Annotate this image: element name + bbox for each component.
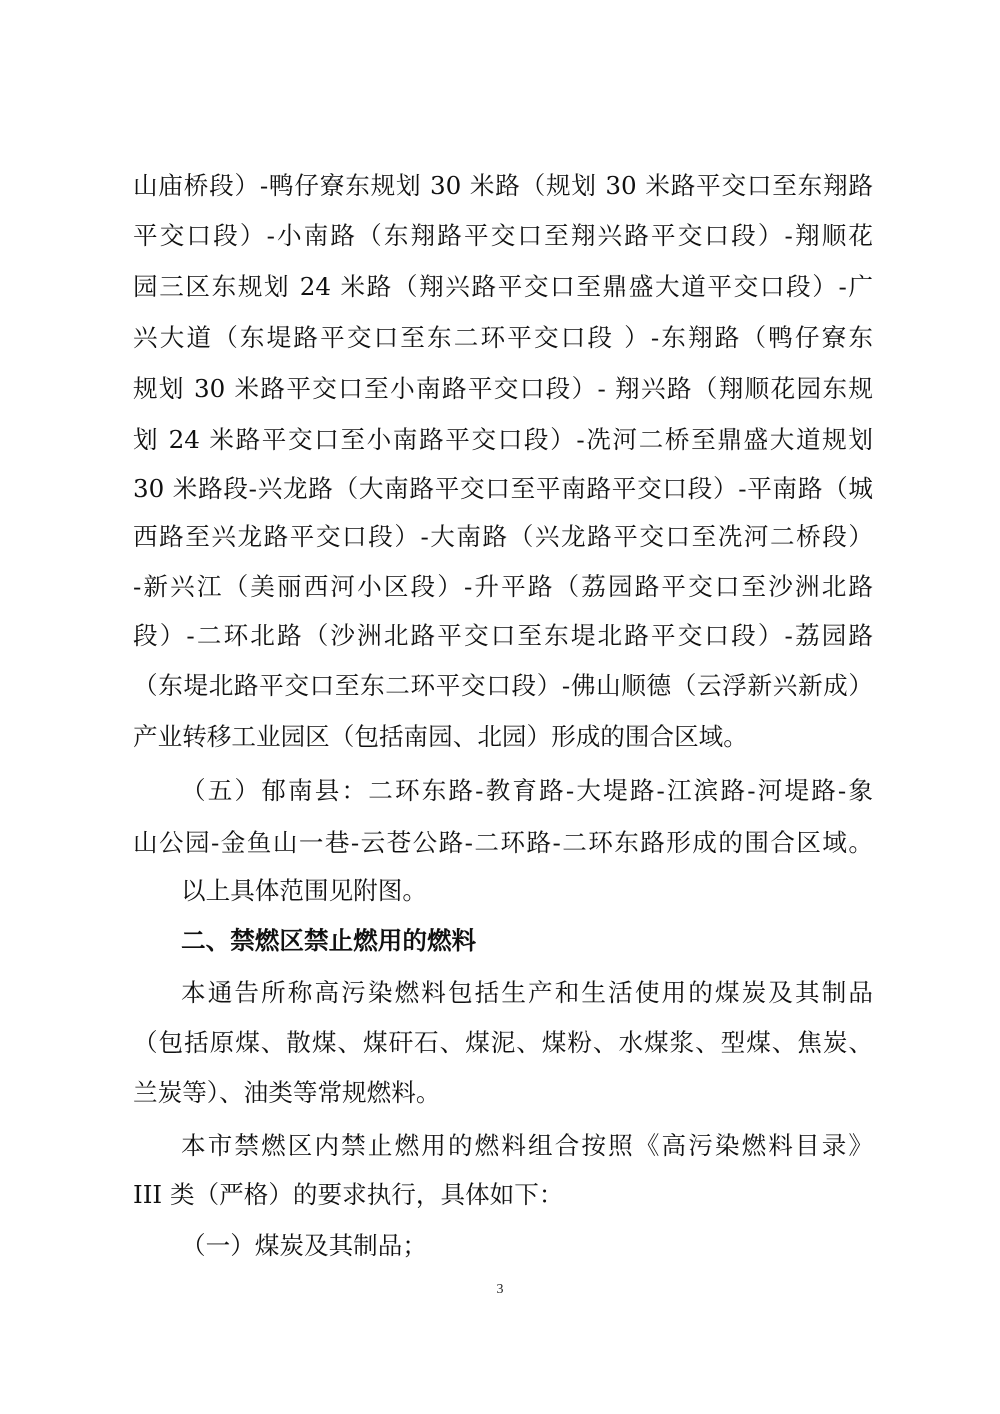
- body-line: 段）-二环北路（沙洲北路平交口至东堤北路平交口段）-荔园路: [133, 616, 873, 656]
- body-line: 平交口段）-小南路（东翔路平交口至翔兴路平交口段）-翔顺花: [133, 216, 873, 256]
- list-item-coal: （一）煤炭及其制品；: [181, 1226, 873, 1266]
- section-heading: 二、禁燃区禁止燃用的燃料: [181, 921, 873, 961]
- fuel-catalog-paragraph: 本市禁燃区内禁止燃用的燃料组合按照《高污染燃料目录》: [181, 1126, 873, 1166]
- body-line: 西路至兴龙路平交口段）-大南路（兴龙路平交口至冼河二桥段）: [133, 517, 873, 557]
- body-line: （东堤北路平交口至东二环平交口段）-佛山顺德（云浮新兴新成）: [133, 666, 873, 706]
- yunan-county-paragraph: （五）郁南县：二环东路-教育路-大堤路-江滨路-河堤路-象: [181, 771, 873, 811]
- see-map-note: 以上具体范围见附图。: [181, 871, 873, 911]
- body-line: 山庙桥段）-鸭仔寮东规划 30 米路（规划 30 米路平交口至东翔路: [133, 166, 873, 206]
- body-line: （包括原煤、散煤、煤矸石、煤泥、煤粉、水煤浆、型煤、焦炭、: [133, 1023, 873, 1063]
- body-line: III 类（严格）的要求执行，具体如下：: [133, 1175, 873, 1215]
- body-line: 产业转移工业园区（包括南园、北园）形成的围合区域。: [133, 717, 873, 757]
- body-line: 30 米路段-兴龙路（大南路平交口至平南路平交口段）-平南路（城: [133, 469, 873, 509]
- body-line: 规划 30 米路平交口至小南路平交口段）- 翔兴路（翔顺花园东规: [133, 369, 873, 409]
- body-line: 山公园-金鱼山一巷-云苍公路-二环路-二环东路形成的围合区域。: [133, 823, 873, 863]
- body-line: 兰炭等）、油类等常规燃料。: [133, 1073, 873, 1113]
- page-number: 3: [480, 1280, 520, 1300]
- document-page: 山庙桥段）-鸭仔寮东规划 30 米路（规划 30 米路平交口至东翔路 平交口段）…: [0, 0, 1000, 1414]
- body-line: 园三区东规划 24 米路（翔兴路平交口至鼎盛大道平交口段）-广: [133, 267, 873, 307]
- body-line: 划 24 米路平交口至小南路平交口段）-冼河二桥至鼎盛大道规划: [133, 420, 873, 460]
- body-line: 兴大道（东堤路平交口至东二环平交口段 ）-东翔路（鸭仔寮东: [133, 318, 873, 358]
- fuel-definition-paragraph: 本通告所称高污染燃料包括生产和生活使用的煤炭及其制品: [181, 973, 873, 1013]
- body-line: -新兴江（美丽西河小区段）-升平路（荔园路平交口至沙洲北路: [133, 567, 873, 607]
